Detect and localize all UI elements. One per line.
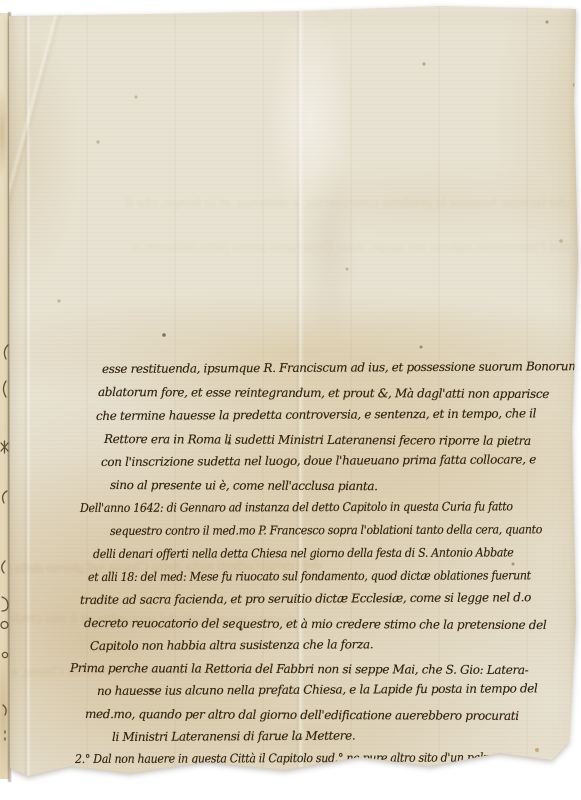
manuscript-line: sino al presente ui è, come nell'acclusa… (110, 478, 378, 493)
manuscript-line: med.mo, quando per altro dal giorno dell… (85, 707, 519, 723)
manuscript-line: esse restituenda, ipsumque R. Franciscum… (102, 359, 579, 376)
paper-specks (0, 0, 2, 2)
manuscript-line: Rettore era in Roma li sudetti Ministri … (104, 432, 531, 448)
ink-bleedthrough: con l'inscrizione sudetta nel luogo, dou… (190, 240, 570, 254)
manuscript-line: li Ministri Lateranensi di farue la Mett… (112, 729, 355, 744)
manuscript-page: che termine hauesse la predetta controve… (0, 0, 581, 800)
manuscript-line: tradite ad sacra facienda, et pro seruit… (80, 590, 531, 607)
ink-bleedthrough: che termine hauesse la predetta controve… (130, 196, 570, 210)
manuscript-line: 2.° Dal non hauere in questa Città il Ca… (75, 750, 503, 766)
manuscript-line: decreto reuocatorio del sequestro, et à … (84, 616, 546, 632)
manuscript-line: Prima perche auanti la Rettoria del Fabb… (70, 661, 528, 677)
pencil-page-number: 6 (501, 762, 511, 777)
manuscript-line: Dell'anno 1642: di Gennaro ad instanza d… (80, 499, 513, 515)
manuscript-line: et alli 18: del med: Mese fu riuocato su… (88, 568, 531, 584)
manuscript-line: Capitolo non habbia altra susistenza che… (90, 637, 373, 653)
manuscript-line: sequestro contro il med.mo P. Francesco … (110, 522, 542, 538)
manuscript-line: con l'inscrizione sudetta nel luogo, dou… (101, 452, 536, 469)
manuscript-line: delli denari offerti nella detta Chiesa … (93, 545, 513, 561)
manuscript-line: ablatorum fore, et esse reintegrandum, e… (98, 385, 549, 401)
manuscript-line: no hauesse ius alcuno nella prefata Chie… (97, 681, 538, 698)
scanned-document: che termine hauesse la predetta controve… (0, 0, 581, 800)
paper-wrap: che termine hauesse la predetta controve… (0, 0, 581, 800)
manuscript-line: che termine hauesse la predetta controve… (96, 406, 536, 423)
